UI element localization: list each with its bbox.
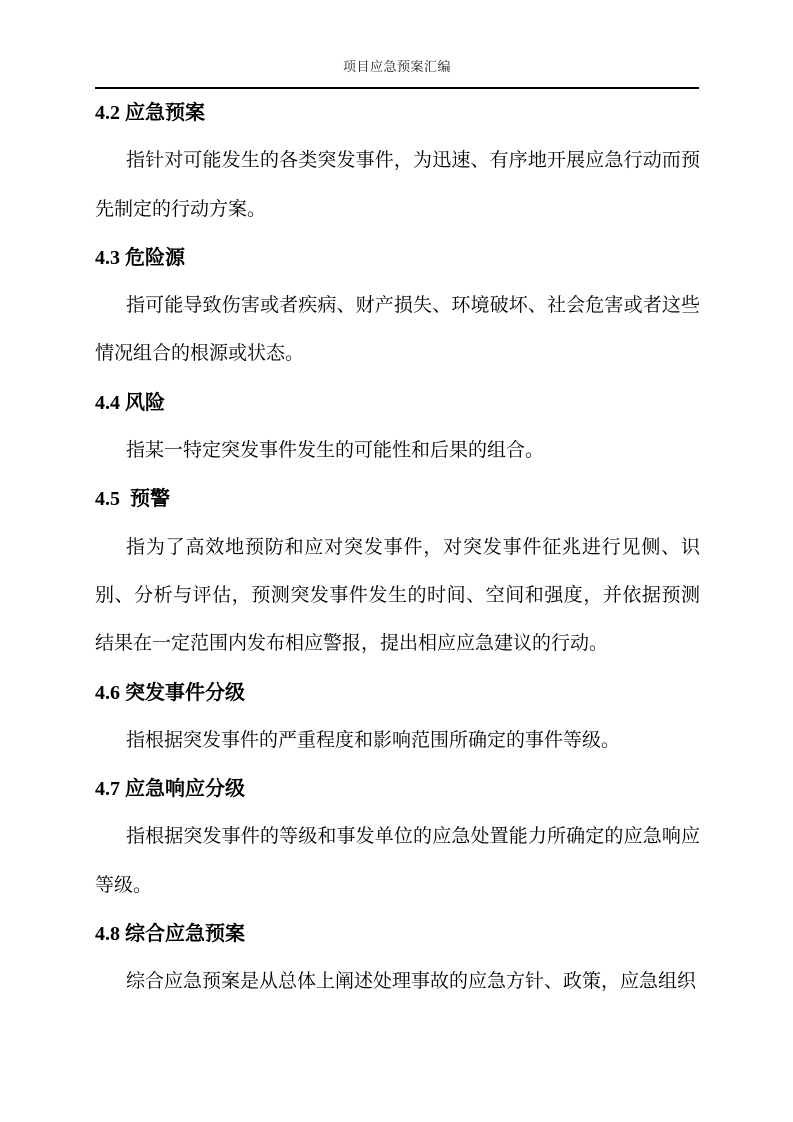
- section-paragraph: 指某一特定突发事件发生的可能性和后果的组合。: [95, 427, 700, 475]
- section-heading: 4.2 应急预案: [95, 89, 700, 137]
- section-4-3: 4.3 危险源 指可能导致伤害或者疾病、财产损失、环境破坏、社会危害或者这些情况…: [95, 234, 700, 379]
- section-heading: 4.6 突发事件分级: [95, 669, 700, 717]
- section-paragraph: 综合应急预案是从总体上阐述处理事故的应急方针、政策，应急组织: [95, 958, 700, 1006]
- section-4-5: 4.5 预警 指为了高效地预防和应对突发事件，对突发事件征兆进行见侧、识别、分析…: [95, 475, 700, 668]
- document-page: 项目应急预案汇编 4.2 应急预案 指针对可能发生的各类突发事件，为迅速、有序地…: [0, 0, 793, 1122]
- section-paragraph: 指可能导致伤害或者疾病、财产损失、环境破坏、社会危害或者这些情况组合的根源或状态…: [95, 282, 700, 379]
- section-4-8: 4.8 综合应急预案 综合应急预案是从总体上阐述处理事故的应急方针、政策，应急组…: [95, 910, 700, 1007]
- section-paragraph: 指为了高效地预防和应对突发事件，对突发事件征兆进行见侧、识别、分析与评估，预测突…: [95, 524, 700, 669]
- section-heading: 4.7 应急响应分级: [95, 765, 700, 813]
- section-heading: 4.5 预警: [95, 475, 700, 523]
- document-body: 4.2 应急预案 指针对可能发生的各类突发事件，为迅速、有序地开展应急行动而预先…: [95, 89, 700, 1007]
- page-header-title: 项目应急预案汇编: [95, 57, 699, 77]
- section-heading: 4.4 风险: [95, 379, 700, 427]
- section-heading: 4.8 综合应急预案: [95, 910, 700, 958]
- section-4-6: 4.6 突发事件分级 指根据突发事件的严重程度和影响范围所确定的事件等级。: [95, 669, 700, 766]
- section-paragraph: 指针对可能发生的各类突发事件，为迅速、有序地开展应急行动而预先制定的行动方案。: [95, 137, 700, 234]
- section-4-4: 4.4 风险 指某一特定突发事件发生的可能性和后果的组合。: [95, 379, 700, 476]
- section-4-2: 4.2 应急预案 指针对可能发生的各类突发事件，为迅速、有序地开展应急行动而预先…: [95, 89, 700, 234]
- section-heading: 4.3 危险源: [95, 234, 700, 282]
- section-4-7: 4.7 应急响应分级 指根据突发事件的等级和事发单位的应急处置能力所确定的应急响…: [95, 765, 700, 910]
- section-paragraph: 指根据突发事件的等级和事发单位的应急处置能力所确定的应急响应等级。: [95, 813, 700, 910]
- section-paragraph: 指根据突发事件的严重程度和影响范围所确定的事件等级。: [95, 717, 700, 765]
